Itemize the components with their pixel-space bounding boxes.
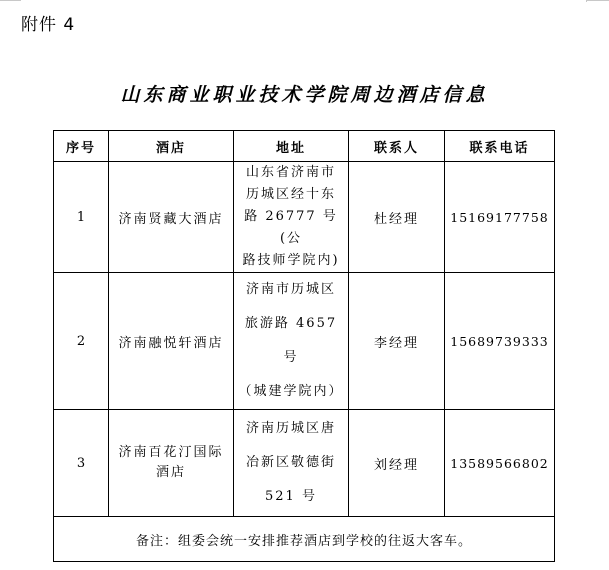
crop-mark-top-right <box>586 0 609 1</box>
cell-address: 济南市历城区 旅游路 4657 号 （城建学院内） <box>234 273 349 410</box>
hotel-line: 酒店 <box>113 463 229 483</box>
table-row: 3 济南百花汀国际 酒店 济南历城区唐 冶新区敬德街 521 号 刘经理 135… <box>54 410 555 517</box>
cell-index: 3 <box>54 410 109 517</box>
cell-phone: 15169177758 <box>445 162 555 273</box>
note-row: 备注：组委会统一安排推荐酒店到学校的往返大客车。 <box>54 517 555 562</box>
crop-mark-top-left-vertical <box>20 0 21 1</box>
address-line: 路技师学院内) <box>238 250 344 272</box>
address-line: 路 26777 号(公 <box>238 206 344 250</box>
column-header-hotel: 酒店 <box>109 131 234 162</box>
cell-phone: 13589566802 <box>445 410 555 517</box>
cell-hotel: 济南融悦轩酒店 <box>109 273 234 410</box>
column-header-contact: 联系人 <box>349 131 445 162</box>
cell-index: 1 <box>54 162 109 273</box>
hotel-table: 序号 酒店 地址 联系人 联系电话 1 济南贤藏大酒店 山东省济南市 历城区经十… <box>53 130 555 562</box>
crop-mark-top-left <box>0 0 20 1</box>
cell-address: 山东省济南市 历城区经十东 路 26777 号(公 路技师学院内) <box>234 162 349 273</box>
address-line: 济南历城区唐 <box>238 412 344 446</box>
table-row: 1 济南贤藏大酒店 山东省济南市 历城区经十东 路 26777 号(公 路技师学… <box>54 162 555 273</box>
attachment-label: 附件 4 <box>21 10 75 35</box>
address-line: （城建学院内） <box>238 375 344 409</box>
cell-index: 2 <box>54 273 109 410</box>
address-line: 济南市历城区 <box>238 273 344 307</box>
cell-hotel: 济南贤藏大酒店 <box>109 162 234 273</box>
cell-phone: 15689739333 <box>445 273 555 410</box>
table-header-row: 序号 酒店 地址 联系人 联系电话 <box>54 131 555 162</box>
column-header-address: 地址 <box>234 131 349 162</box>
column-header-phone: 联系电话 <box>445 131 555 162</box>
address-line: 旅游路 4657 号 <box>238 307 344 375</box>
cell-hotel: 济南百花汀国际 酒店 <box>109 410 234 517</box>
cell-contact: 李经理 <box>349 273 445 410</box>
cell-contact: 杜经理 <box>349 162 445 273</box>
note-text: 备注：组委会统一安排推荐酒店到学校的往返大客车。 <box>54 517 555 562</box>
address-line: 历城区经十东 <box>238 184 344 206</box>
crop-mark-top-right-vertical <box>586 0 587 2</box>
document-title: 山东商业职业技术学院周边酒店信息 <box>0 80 609 107</box>
column-header-index: 序号 <box>54 131 109 162</box>
cell-address: 济南历城区唐 冶新区敬德街 521 号 <box>234 410 349 517</box>
address-line: 521 号 <box>238 480 344 514</box>
table-row: 2 济南融悦轩酒店 济南市历城区 旅游路 4657 号 （城建学院内） 李经理 … <box>54 273 555 410</box>
address-line: 山东省济南市 <box>238 162 344 184</box>
cell-contact: 刘经理 <box>349 410 445 517</box>
address-line: 冶新区敬德街 <box>238 446 344 480</box>
hotel-line: 济南百花汀国际 <box>113 443 229 463</box>
